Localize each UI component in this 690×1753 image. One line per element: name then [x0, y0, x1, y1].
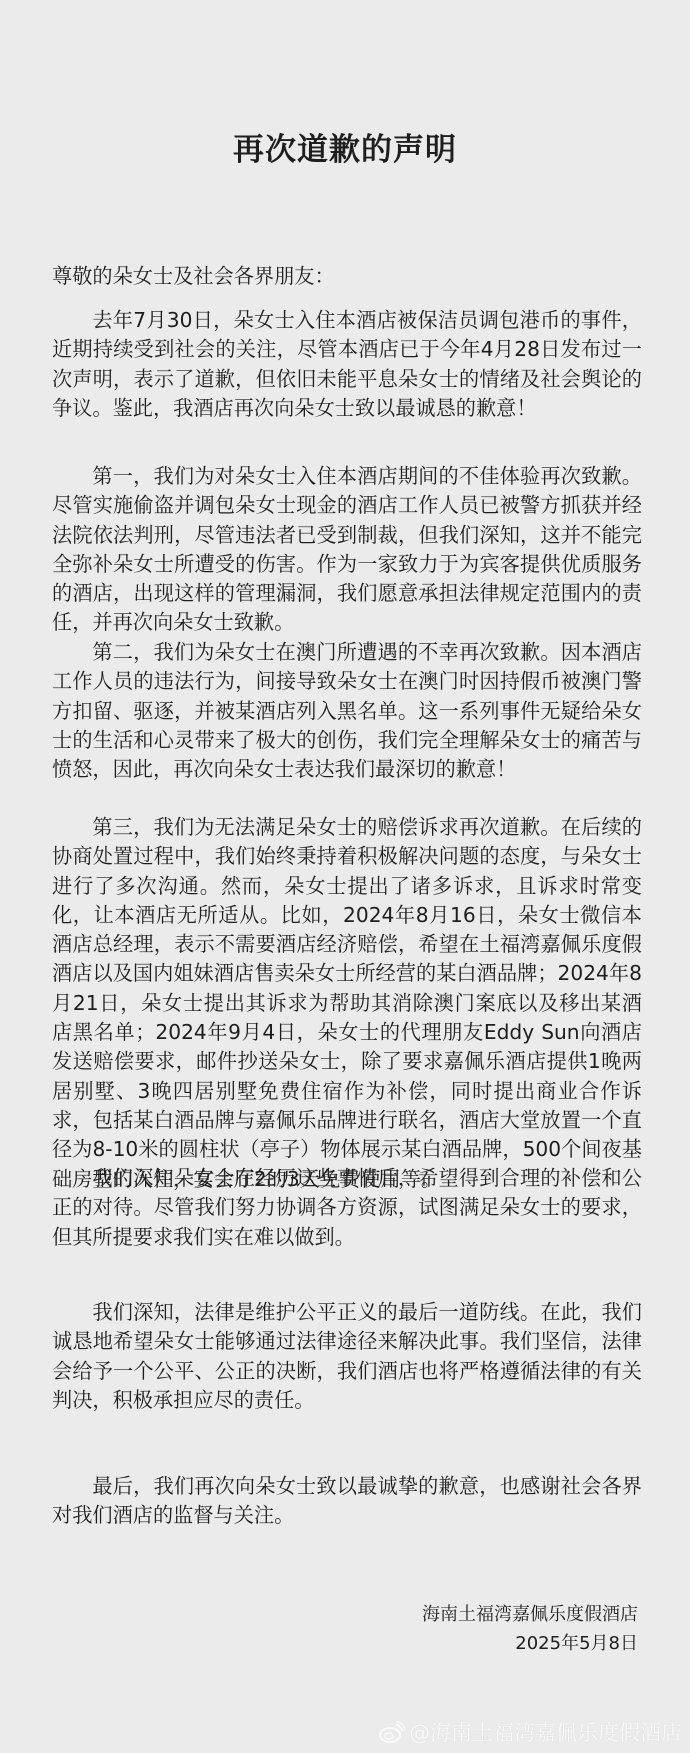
watermark-text: @海南土福湾嘉佩乐度假酒店	[409, 1717, 682, 1747]
paragraph-first-apology: 第一，我们为对朵女士入住本酒店期间的不佳体验再次致歉。尽管实施偷盗并调包朵女士现…	[52, 462, 642, 638]
weibo-icon	[379, 1721, 405, 1743]
paragraph-intro: 去年7月30日，朵女士入住本酒店被保洁员调包港币的事件，近期持续受到社会的关注，…	[52, 306, 642, 423]
signature-organization: 海南土福湾嘉佩乐度假酒店	[422, 1600, 638, 1629]
paragraph-third-apology: 第三，我们为无法满足朵女士的赔偿诉求再次道歉。在后续的协商处置过程中，我们始终秉…	[52, 813, 642, 1194]
signature-date: 2025年5月8日	[515, 1629, 638, 1658]
paragraph-closing: 最后，我们再次向朵女士致以最诚挚的歉意，也感谢社会各界对我们酒店的监督与关注。	[52, 1472, 642, 1531]
document-title: 再次道歉的声明	[0, 130, 690, 170]
salutation: 尊敬的朵女士及社会各界朋友：	[52, 262, 642, 291]
paragraph-second-apology: 第二，我们为朵女士在澳门所遭遇的不幸再次致歉。因本酒店工作人员的违法行为，间接导…	[52, 638, 642, 784]
paragraph-understanding: 我们深知朵女士在经历这些事情后，希望得到合理的补偿和公正的对待。尽管我们努力协调…	[52, 1164, 642, 1252]
paragraph-legal: 我们深知，法律是维护公平正义的最后一道防线。在此，我们诚恳地希望朵女士能够通过法…	[52, 1298, 642, 1415]
weibo-watermark: @海南土福湾嘉佩乐度假酒店	[379, 1717, 682, 1747]
